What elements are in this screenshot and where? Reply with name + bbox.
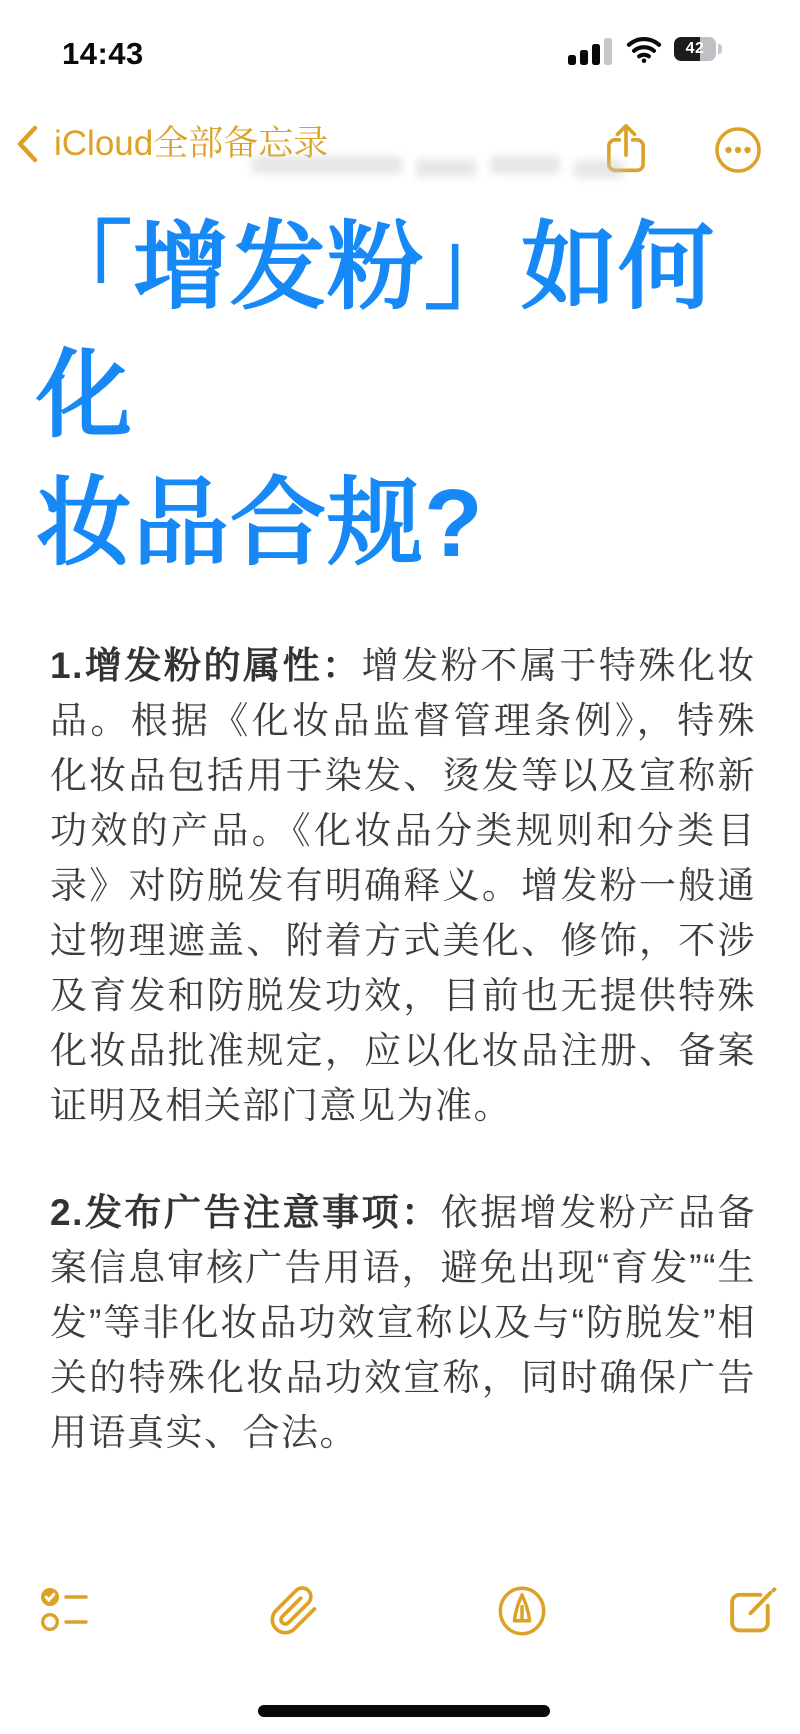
note-title-line2: 妆品合规? — [36, 470, 484, 577]
note-editor[interactable]: 「增发粉」如何化 妆品合规? 1.增发粉的属性：增发粉不属于特殊化妆品。根据《化… — [0, 190, 800, 1512]
more-button[interactable] — [714, 126, 762, 179]
checklist-button[interactable] — [40, 1585, 92, 1640]
note-body: 1.增发粉的属性：增发粉不属于特殊化妆品。根据《化妆品监督管理条例》，特殊化妆品… — [50, 638, 756, 1460]
paragraph-2: 2.发布广告注意事项：依据增发粉产品备案信息审核广告用语，避免出现“育发”“生发… — [50, 1185, 756, 1460]
cellular-signal-icon — [568, 38, 616, 65]
notes-app-screen: 14:43 42 iCloud全部备忘录 — [0, 0, 800, 1734]
paragraph-1: 1.增发粉的属性：增发粉不属于特殊化妆品。根据《化妆品监督管理条例》，特殊化妆品… — [50, 638, 756, 1133]
note-title-line1: 「增发粉」如何化 — [36, 214, 715, 449]
compose-icon — [726, 1585, 780, 1639]
compose-button[interactable] — [726, 1585, 780, 1644]
markup-pen-icon — [496, 1585, 548, 1637]
wifi-icon — [626, 36, 662, 68]
bottom-toolbar — [0, 1585, 800, 1655]
paragraph-1-text: 增发粉不属于特殊化妆品。根据《化妆品监督管理条例》，特殊化妆品包括用于染发、烫发… — [50, 645, 756, 1126]
back-chevron-icon — [14, 122, 40, 166]
faded-artifact — [252, 156, 652, 180]
status-bar: 14:43 42 — [0, 0, 800, 90]
markup-button[interactable] — [496, 1585, 548, 1642]
attachment-paperclip-icon — [268, 1585, 320, 1637]
more-ellipsis-icon — [714, 126, 762, 174]
paragraph-1-lead: 1.增发粉的属性： — [50, 645, 362, 686]
battery-nub — [718, 44, 722, 54]
paragraph-2-lead: 2.发布广告注意事项： — [50, 1192, 441, 1233]
battery-percent: 42 — [674, 37, 716, 61]
home-indicator[interactable] — [258, 1705, 550, 1717]
status-time: 14:43 — [62, 36, 144, 72]
checklist-icon — [40, 1585, 92, 1635]
battery-icon: 42 — [674, 37, 716, 61]
attachment-button[interactable] — [268, 1585, 320, 1642]
note-title: 「增发粉」如何化 妆品合规? — [36, 204, 756, 588]
